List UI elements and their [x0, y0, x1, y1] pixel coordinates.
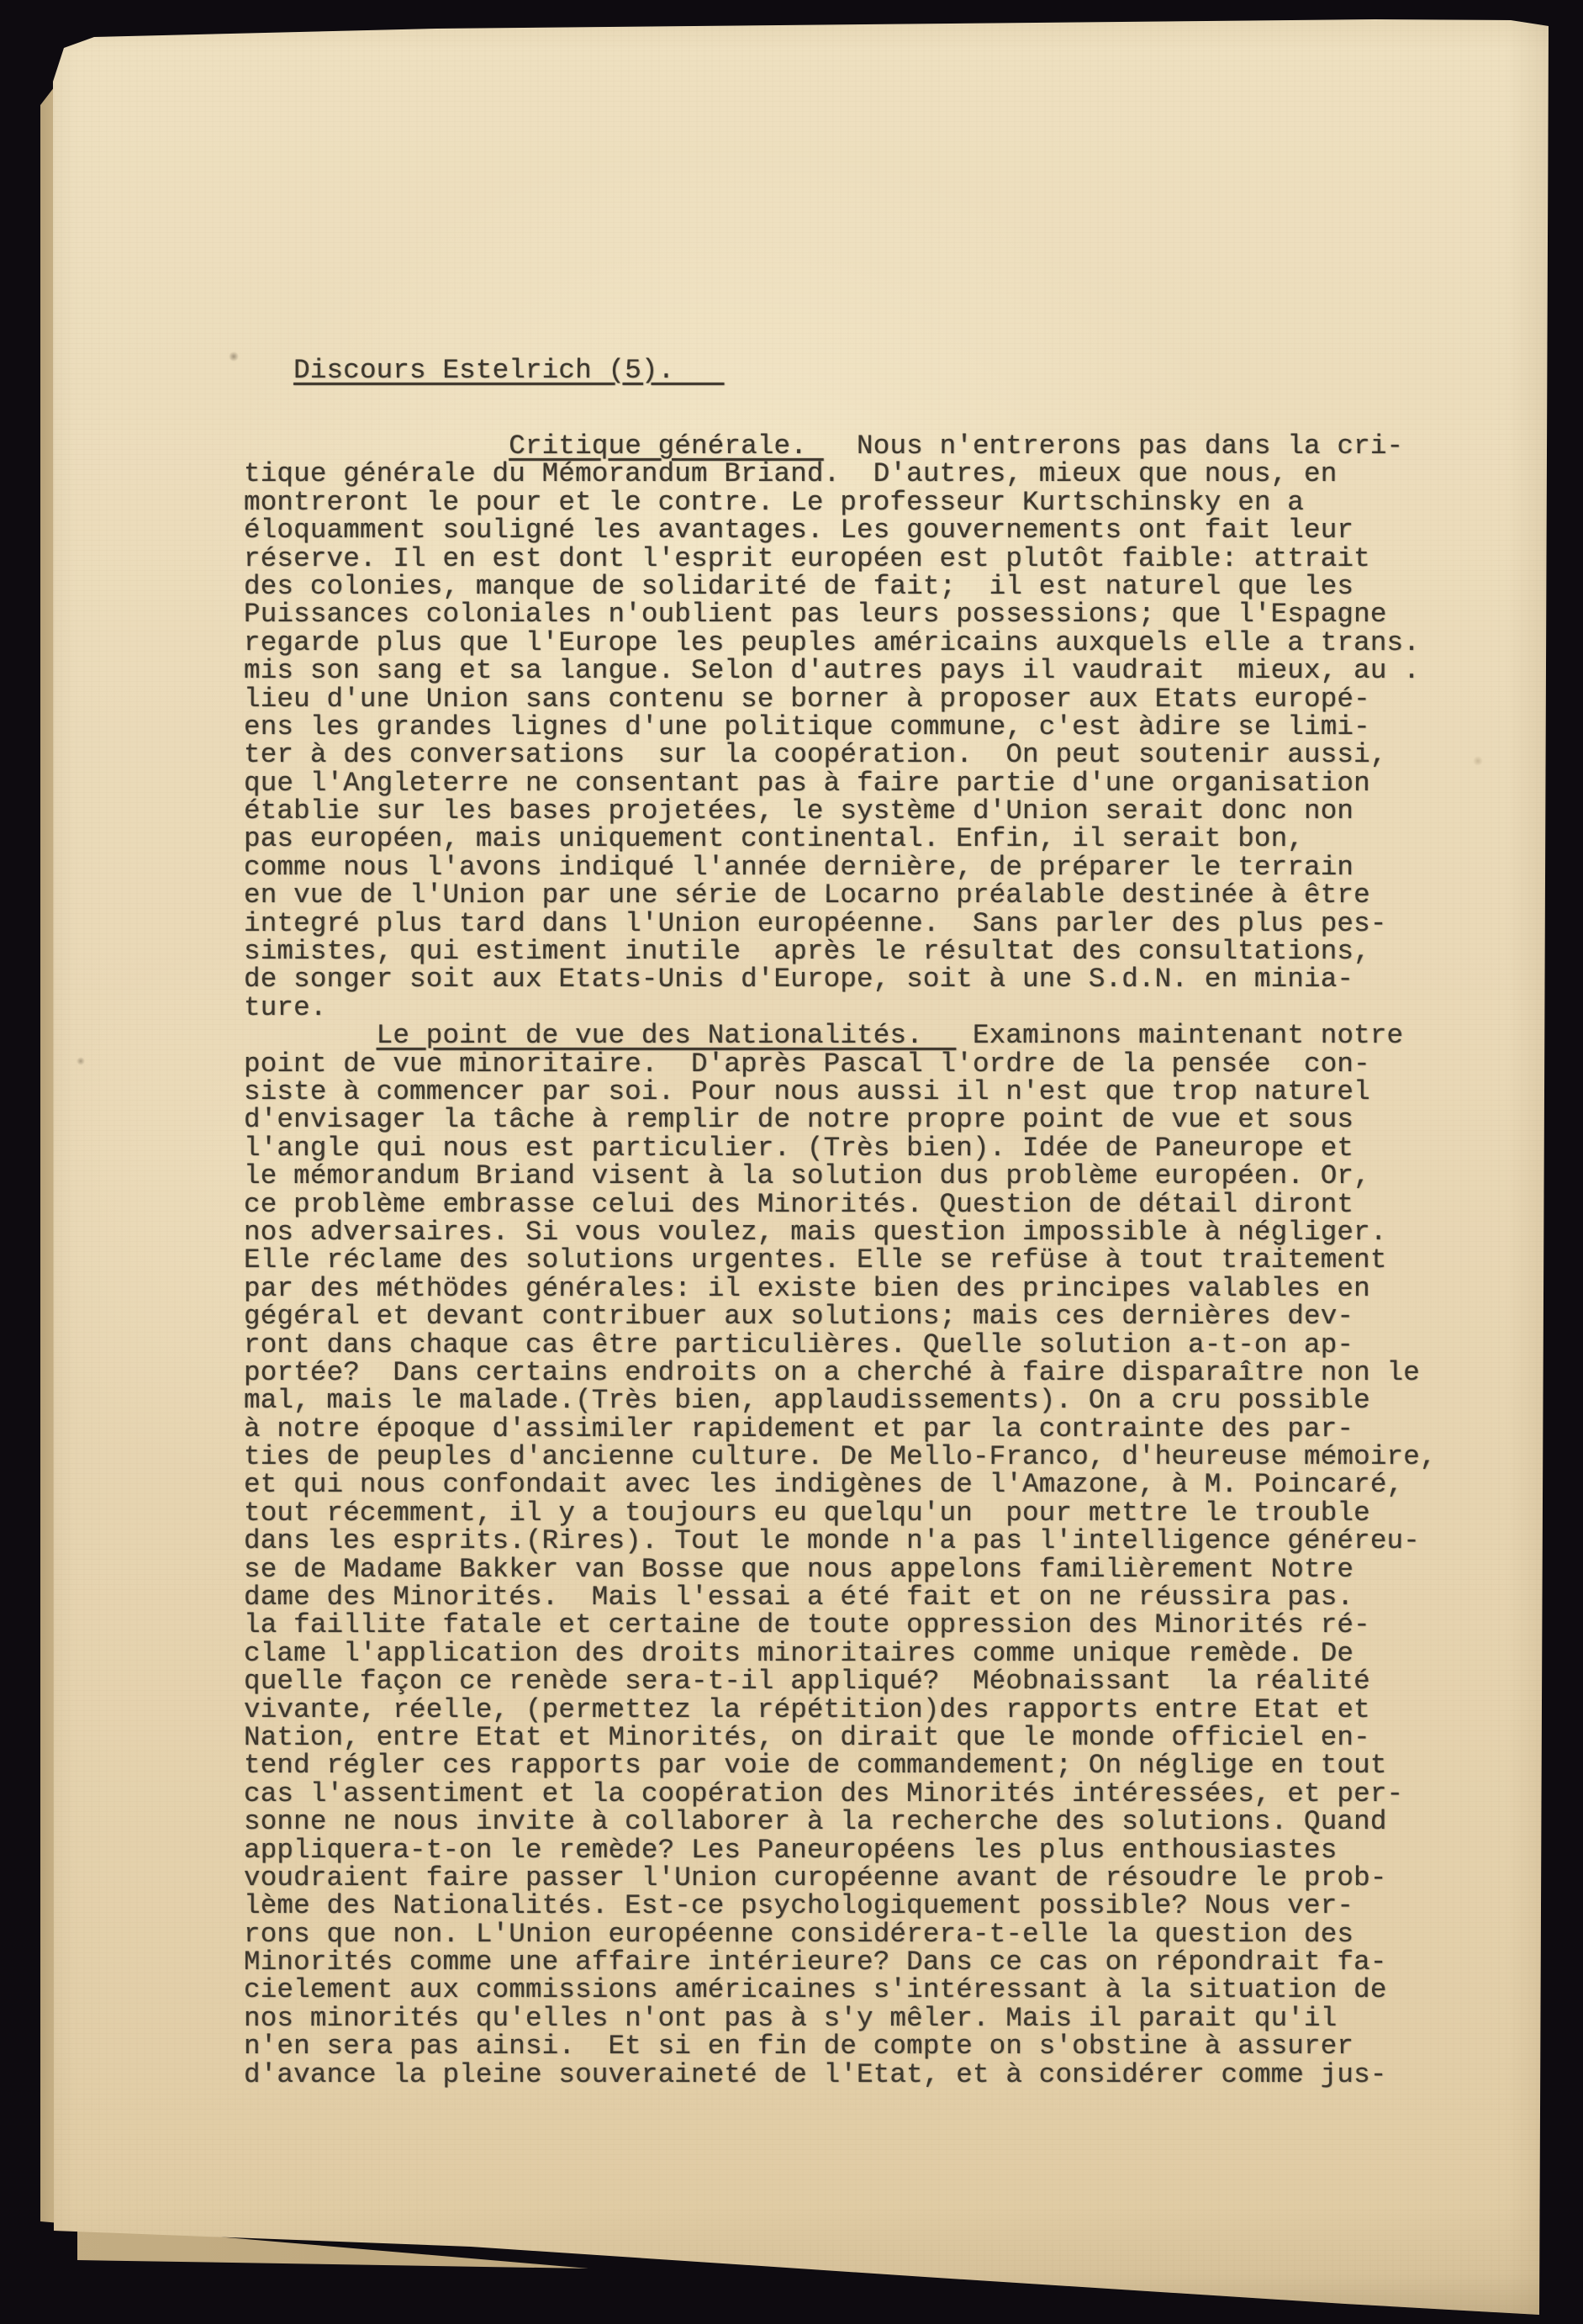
line-text: d'envisager la tâche à remplir de notre …	[244, 1104, 1353, 1135]
document-body: Critique générale. Nous n'entrerons pas …	[244, 432, 1437, 2089]
document-title: Discours Estelrich (5).	[244, 357, 724, 384]
text-line: en vue de l'Union par une série de Locar…	[244, 881, 1437, 909]
text-line: nos minorités qu'elles n'ont pas à s'y m…	[244, 2004, 1437, 2032]
text-line: ties de peuples d'ancienne culture. De M…	[244, 1443, 1437, 1471]
underlined-heading: Le point de vue des Nationalités.	[377, 1020, 957, 1051]
line-text: Puissances coloniales n'oublient pas leu…	[244, 599, 1387, 630]
text-line: tend régler ces rapports par voie de com…	[244, 1751, 1437, 1779]
text-line: point de vue minoritaire. D'après Pascal…	[244, 1050, 1437, 1078]
line-indent	[244, 1020, 377, 1051]
text-line: Puissances coloniales n'oublient pas leu…	[244, 600, 1437, 628]
line-text: ront dans chaque cas être particulières.…	[244, 1329, 1353, 1360]
line-text: simistes, qui estiment inutile après le …	[244, 936, 1370, 967]
line-text: d'avance la pleine souveraineté de l'Eta…	[244, 2059, 1387, 2090]
text-line: cielement aux commissions américaines s'…	[244, 1976, 1437, 2004]
line-text: voudraient faire passer l'Union curopéen…	[244, 1862, 1387, 1894]
text-line: ens les grandes lignes d'une politique c…	[244, 713, 1437, 741]
typewritten-page: Discours Estelrich (5). Critique général…	[0, 0, 1583, 2324]
line-text: lème des Nationalités. Est-ce psychologi…	[244, 1890, 1353, 1921]
text-line: Critique générale. Nous n'entrerons pas …	[244, 432, 1437, 460]
line-text: integré plus tard dans l'Union européenn…	[244, 908, 1387, 939]
line-text: pas européen, mais uniquement continenta…	[244, 823, 1304, 854]
line-text: mis son sang et sa langue. Selon d'autre…	[244, 655, 1420, 686]
text-line: siste à commencer par soi. Pour nous aus…	[244, 1078, 1437, 1106]
text-line: quelle façon ce renède sera-t-il appliqu…	[244, 1667, 1437, 1695]
text-line: tout récemment, il y a toujours eu quelq…	[244, 1499, 1437, 1527]
text-line: Minorités comme une affaire intérieure? …	[244, 1948, 1437, 1976]
text-line: clame l'application des droits minoritai…	[244, 1640, 1437, 1667]
line-text: cas l'assentiment et la coopération des …	[244, 1778, 1403, 1809]
text-line: par des méthödes générales: il existe bi…	[244, 1275, 1437, 1302]
line-text: siste à commencer par soi. Pour nous aus…	[244, 1076, 1370, 1107]
text-line: éloquamment souligné les avantages. Les …	[244, 516, 1437, 544]
line-text: ce problème embrasse celui des Minorités…	[244, 1189, 1353, 1220]
line-text: tend régler ces rapports par voie de com…	[244, 1750, 1387, 1781]
underlined-heading: Critique générale.	[509, 430, 823, 462]
line-text: par des méthödes générales: il existe bi…	[244, 1273, 1370, 1304]
text-line: pas européen, mais uniquement continenta…	[244, 825, 1437, 853]
text-line: ront dans chaque cas être particulières.…	[244, 1331, 1437, 1359]
line-text: à notre époque d'assimiler rapidement et…	[244, 1413, 1353, 1445]
line-text: sonne ne nous invite à collaborer à la r…	[244, 1806, 1387, 1837]
line-text: ens les grandes lignes d'une politique c…	[244, 711, 1370, 742]
text-line: réserve. Il en est dont l'esprit europée…	[244, 545, 1437, 573]
line-text: montreront le pour et le contre. Le prof…	[244, 487, 1304, 518]
line-text: lieu d'une Union sans contenu se borner …	[244, 684, 1370, 715]
line-text: des colonies, manque de solidarité de fa…	[244, 571, 1353, 602]
line-text: cielement aux commissions américaines s'…	[244, 1974, 1387, 2005]
text-line: simistes, qui estiment inutile après le …	[244, 938, 1437, 965]
line-text: clame l'application des droits minoritai…	[244, 1638, 1353, 1669]
line-text: ter à des conversations sur la coopérati…	[244, 739, 1387, 770]
text-line: lème des Nationalités. Est-ce psychologi…	[244, 1892, 1437, 1920]
line-text: comme nous l'avons indiqué l'année derni…	[244, 852, 1353, 883]
text-line: rons que non. L'Union européenne considé…	[244, 1920, 1437, 1948]
line-text: vivante, réelle, (permettez la répétitio…	[244, 1694, 1370, 1725]
text-line: comme nous l'avons indiqué l'année derni…	[244, 853, 1437, 881]
line-text: Nous n'entrerons pas dans la cri-	[824, 430, 1404, 462]
text-line: ce problème embrasse celui des Minorités…	[244, 1191, 1437, 1218]
text-line: se de Madame Bakker van Bosse que nous a…	[244, 1555, 1437, 1583]
text-line: ter à des conversations sur la coopérati…	[244, 741, 1437, 769]
text-line: portée? Dans certains endroits on a cher…	[244, 1359, 1437, 1386]
line-text: en vue de l'Union par une série de Locar…	[244, 879, 1370, 911]
line-text: Minorités comme une affaire intérieure? …	[244, 1946, 1387, 1978]
text-line: montreront le pour et le contre. Le prof…	[244, 489, 1437, 516]
text-line: le mémorandum Briand visent à la solutio…	[244, 1162, 1437, 1190]
text-line: integré plus tard dans l'Union européenn…	[244, 910, 1437, 938]
photo-background: Discours Estelrich (5). Critique général…	[0, 0, 1583, 2324]
line-text: dame des Minorités. Mais l'essai a été f…	[244, 1582, 1353, 1613]
text-line: Le point de vue des Nationalités. Examin…	[244, 1022, 1437, 1049]
line-text: regarde plus que l'Europe les peuples am…	[244, 627, 1420, 658]
text-line: n'en sera pas ainsi. Et si en fin de com…	[244, 2032, 1437, 2060]
line-text: appliquera-t-on le remède? Les Paneuropé…	[244, 1835, 1337, 1866]
line-text: point de vue minoritaire. D'après Pascal…	[244, 1048, 1370, 1080]
line-indent	[244, 355, 293, 386]
line-text: Examinons maintenant notre	[956, 1020, 1403, 1051]
line-text: que l'Angleterre ne consentant pas à fai…	[244, 768, 1370, 799]
line-text: se de Madame Bakker van Bosse que nous a…	[244, 1554, 1353, 1585]
line-text: quelle façon ce renède sera-t-il appliqu…	[244, 1666, 1370, 1697]
line-text: et qui nous confondait avec les indigène…	[244, 1469, 1403, 1500]
line-text: nos adversaires. Si vous voulez, mais qu…	[244, 1217, 1387, 1248]
line-text: nos minorités qu'elles n'ont pas à s'y m…	[244, 2003, 1337, 2034]
text-line: regarde plus que l'Europe les peuples am…	[244, 629, 1437, 657]
text-line: d'envisager la tâche à remplir de notre …	[244, 1106, 1437, 1133]
text-line: dans les esprits.(Rires). Tout le monde …	[244, 1527, 1437, 1555]
line-text: n'en sera pas ainsi. Et si en fin de com…	[244, 2031, 1353, 2062]
text-line: de songer soit aux Etats-Unis d'Europe, …	[244, 965, 1437, 993]
text-line: nos adversaires. Si vous voulez, mais qu…	[244, 1218, 1437, 1246]
text-line: vivante, réelle, (permettez la répétitio…	[244, 1696, 1437, 1724]
line-text: tique générale du Mémorandum Briand. D'a…	[244, 458, 1337, 489]
text-line: établie sur les bases projetées, le syst…	[244, 797, 1437, 825]
line-text: gégéral et devant contribuer aux solutio…	[244, 1301, 1353, 1332]
title-line-text: Discours Estelrich (5).	[244, 357, 724, 384]
text-line: sonne ne nous invite à collaborer à la r…	[244, 1808, 1437, 1835]
line-text: de songer soit aux Etats-Unis d'Europe, …	[244, 964, 1353, 995]
text-line: mis son sang et sa langue. Selon d'autre…	[244, 657, 1437, 684]
line-text: éloquamment souligné les avantages. Les …	[244, 515, 1353, 546]
line-text: tout récemment, il y a toujours eu quelq…	[244, 1497, 1370, 1529]
text-line: voudraient faire passer l'Union curopéen…	[244, 1864, 1437, 1892]
text-line: que l'Angleterre ne consentant pas à fai…	[244, 769, 1437, 797]
line-text: l'angle qui nous est particulier. (Très …	[244, 1133, 1353, 1164]
text-line: mal, mais le malade.(Très bien, applaudi…	[244, 1386, 1437, 1414]
text-line: dame des Minorités. Mais l'essai a été f…	[244, 1583, 1437, 1611]
line-text: portée? Dans certains endroits on a cher…	[244, 1357, 1420, 1388]
line-text: le mémorandum Briand visent à la solutio…	[244, 1160, 1370, 1191]
text-line: tique générale du Mémorandum Briand. D'a…	[244, 460, 1437, 488]
text-line: appliquera-t-on le remède? Les Paneuropé…	[244, 1836, 1437, 1864]
text-line: l'angle qui nous est particulier. (Très …	[244, 1134, 1437, 1162]
text-line: cas l'assentiment et la coopération des …	[244, 1780, 1437, 1808]
line-text: Elle réclame des solutions urgentes. Ell…	[244, 1244, 1387, 1276]
line-text: réserve. Il en est dont l'esprit europée…	[244, 543, 1370, 574]
text-line: à notre époque d'assimiler rapidement et…	[244, 1415, 1437, 1443]
line-text: dans les esprits.(Rires). Tout le monde …	[244, 1525, 1420, 1556]
text-line: et qui nous confondait avec les indigène…	[244, 1471, 1437, 1498]
text-line: lieu d'une Union sans contenu se borner …	[244, 685, 1437, 713]
text-line: des colonies, manque de solidarité de fa…	[244, 573, 1437, 600]
text-line: Elle réclame des solutions urgentes. Ell…	[244, 1246, 1437, 1274]
line-text: ties de peuples d'ancienne culture. De M…	[244, 1441, 1437, 1472]
text-line: Nation, entre Etat et Minorités, on dira…	[244, 1724, 1437, 1751]
underlined-heading: Discours Estelrich (5).	[293, 355, 724, 386]
line-text: ture.	[244, 992, 327, 1023]
line-text: établie sur les bases projetées, le syst…	[244, 795, 1353, 827]
text-line: gégéral et devant contribuer aux solutio…	[244, 1302, 1437, 1330]
text-line: ture.	[244, 994, 1437, 1022]
line-text: Nation, entre Etat et Minorités, on dira…	[244, 1722, 1370, 1753]
line-text: la faillite fatale et certaine de toute …	[244, 1609, 1370, 1640]
text-line: la faillite fatale et certaine de toute …	[244, 1611, 1437, 1639]
line-text: mal, mais le malade.(Très bien, applaudi…	[244, 1385, 1370, 1416]
text-line: d'avance la pleine souveraineté de l'Eta…	[244, 2061, 1437, 2089]
line-text: rons que non. L'Union européenne considé…	[244, 1919, 1353, 1950]
line-indent	[244, 430, 509, 462]
